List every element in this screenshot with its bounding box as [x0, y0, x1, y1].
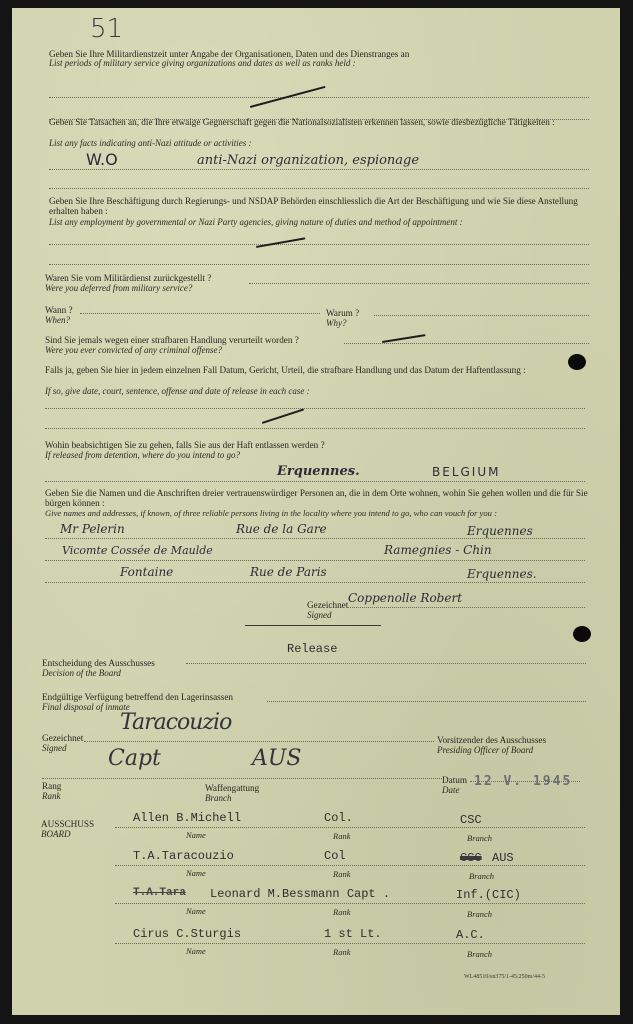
- when-label-de: Wann ?: [45, 305, 73, 315]
- board-member-4-rank: 1 st Lt.: [324, 927, 382, 941]
- col-branch-label: Branch: [467, 909, 492, 919]
- col-name-label: Name: [186, 830, 206, 840]
- dash-mark: [262, 408, 304, 423]
- col-rank-label: Rank: [333, 907, 350, 917]
- employment-question-en: List any employment by governmental or N…: [49, 217, 463, 227]
- presiding-signed-label-de: Gezeichnet: [42, 733, 83, 743]
- board-member-2-branch-struck: CSC: [460, 851, 482, 865]
- answer-line: [45, 481, 585, 482]
- answer-line: [45, 538, 585, 539]
- board-row-line: [115, 903, 585, 904]
- page-number: 51: [90, 14, 123, 44]
- board-member-2-branch: AUS: [492, 851, 514, 865]
- board-member-1-rank: Col.: [324, 811, 353, 825]
- answer-line: [45, 560, 585, 561]
- col-rank-label: Rank: [333, 869, 350, 879]
- col-rank-label: Rank: [333, 947, 350, 957]
- destination-country: BELGIUM: [432, 465, 500, 479]
- date-label-en: Date: [442, 785, 460, 795]
- deferred-question-de: Waren Sie vom Militärdienst zurückgestel…: [45, 273, 211, 283]
- board-row-line: [115, 827, 585, 828]
- convicted-question-en: Were you ever convicted of any criminal …: [45, 345, 222, 355]
- decision-value: Release: [287, 642, 337, 656]
- board-label-en: BOARD: [41, 829, 71, 839]
- presiding-officer-label-de: Vorsitzender des Ausschusses: [437, 735, 546, 745]
- presiding-branch-signature: AUS: [252, 746, 302, 771]
- reference-1-town: Erquennes: [467, 524, 533, 538]
- anti-nazi-question-en: List any facts indicating anti-Nazi atti…: [49, 138, 252, 148]
- board-member-3-name: Leonard M.Bessmann Capt .: [210, 887, 390, 901]
- punch-hole: [568, 354, 586, 370]
- answer-line: [249, 283, 589, 284]
- reference-1-street: Rue de la Gare: [236, 522, 327, 536]
- final-disposal-line: [267, 701, 586, 702]
- anti-nazi-answer-org: W.O: [86, 150, 118, 169]
- presiding-signature-line: [84, 741, 434, 742]
- references-question-de: Geben Sie die Namen und die Anschriften …: [45, 488, 610, 508]
- final-disposal-label-en: Final disposal of inmate: [42, 702, 130, 712]
- col-branch-label: Branch: [467, 833, 492, 843]
- board-member-2-name: T.A.Taracouzio: [133, 849, 234, 863]
- board-member-3-name-struck: T.A.Tara: [133, 887, 186, 899]
- answer-line: [344, 343, 589, 344]
- punch-hole: [573, 626, 591, 642]
- answer-line: [45, 408, 585, 409]
- answer-line: [49, 264, 589, 265]
- rank-label-en: Rank: [42, 791, 61, 801]
- presiding-officer-label-en: Presiding Officer of Board: [437, 745, 533, 755]
- rank-branch-line: [42, 778, 442, 779]
- board-member-2-rank: Col: [324, 849, 346, 863]
- col-rank-label: Rank: [333, 831, 350, 841]
- board-label-de: AUSSCHUSS: [41, 819, 94, 829]
- board-member-4-name: Cirus C.Sturgis: [133, 927, 241, 941]
- answer-line: [49, 97, 589, 98]
- destination-question-de: Wohin beabsichtigen Sie zu gehen, falls …: [45, 440, 325, 450]
- rank-label-de: Rang: [42, 781, 61, 791]
- board-row-line: [115, 943, 585, 944]
- date-label-de: Datum: [442, 775, 467, 785]
- answer-line: [45, 582, 585, 583]
- decision-label-en: Decision of the Board: [42, 668, 121, 678]
- form-code: WL48510/sn375/1-45/250m/44-5: [464, 974, 545, 980]
- signature-line: [348, 607, 585, 608]
- applicant-signed-label-en: Signed: [307, 610, 332, 620]
- reference-2-name: Vicomte Cossée de Maulde: [62, 544, 213, 557]
- board-member-1-branch: CSC: [460, 813, 482, 827]
- reference-3-street: Rue de Paris: [250, 565, 327, 579]
- reference-2-town: Ramegnies - Chin: [384, 543, 492, 557]
- branch-label-en: Branch: [205, 793, 232, 803]
- col-name-label: Name: [186, 868, 206, 878]
- board-member-1-name: Allen B.Michell: [133, 811, 241, 825]
- col-branch-label: Branch: [469, 871, 494, 881]
- final-disposal-label-de: Endgültige Verfügung betreffend den Lage…: [42, 692, 233, 702]
- why-label-de: Warum ?: [326, 308, 359, 318]
- decision-line: [186, 663, 586, 664]
- col-name-label: Name: [186, 906, 206, 916]
- deferred-question-en: Were you deferred from military service?: [45, 283, 192, 293]
- presiding-signature: Taracouzio: [120, 710, 231, 735]
- employment-question-de: Geben Sie Ihre Beschäftigung durch Regie…: [49, 196, 609, 216]
- answer-line: [45, 428, 585, 429]
- applicant-signed-label-de: Gezeichnet: [307, 600, 348, 610]
- board-member-3-branch: Inf.(CIC): [456, 888, 521, 902]
- section-divider: [245, 625, 381, 626]
- decision-label-de: Entscheidung des Ausschusses: [42, 658, 155, 668]
- reference-1-name: Mr Pelerin: [60, 522, 125, 536]
- board-member-4-branch: A.C.: [456, 928, 485, 942]
- dash-mark: [256, 237, 306, 248]
- col-branch-label: Branch: [467, 949, 492, 959]
- date-line: [470, 781, 580, 782]
- reference-3-town: Erquennes.: [467, 567, 537, 581]
- dash-mark: [382, 334, 426, 343]
- answer-line: [49, 188, 589, 189]
- when-label-en: When?: [45, 315, 70, 325]
- if-so-question-en: If so, give date, court, sentence, offen…: [45, 386, 310, 396]
- answer-line: [49, 244, 589, 245]
- presiding-signed-label-en: Signed: [42, 743, 67, 753]
- convicted-question-de: Sind Sie jemals wegen einer strafbaren H…: [45, 335, 299, 345]
- military-service-question-en: List periods of military service giving …: [49, 58, 356, 68]
- anti-nazi-answer-activity: anti-Nazi organization, espionage: [197, 153, 419, 168]
- reference-3-name: Fontaine: [120, 565, 173, 579]
- when-answer-line: [80, 313, 320, 314]
- answer-line: [49, 169, 589, 170]
- document-page: 51 Geben Sie Ihre Militardienstzeit unte…: [12, 8, 620, 1015]
- destination-question-en: If released from detention, where do you…: [45, 450, 240, 460]
- branch-label-de: Waffengattung: [205, 783, 259, 793]
- board-row-line: [115, 865, 585, 866]
- anti-nazi-question-de: Geben Sie Tatsachen an, die Ihre etwaige…: [49, 117, 609, 127]
- why-label-en: Why?: [326, 318, 347, 328]
- presiding-rank-signature: Capt: [108, 746, 161, 771]
- applicant-signature: Coppenolle Robert: [348, 591, 462, 605]
- why-answer-line: [374, 315, 589, 316]
- references-question-en: Give names and addresses, if known, of t…: [45, 508, 615, 518]
- col-name-label: Name: [186, 946, 206, 956]
- if-so-question-de: Falls ja, geben Sie hier in jedem einzel…: [45, 365, 605, 375]
- destination-town: Erquennes.: [277, 464, 360, 479]
